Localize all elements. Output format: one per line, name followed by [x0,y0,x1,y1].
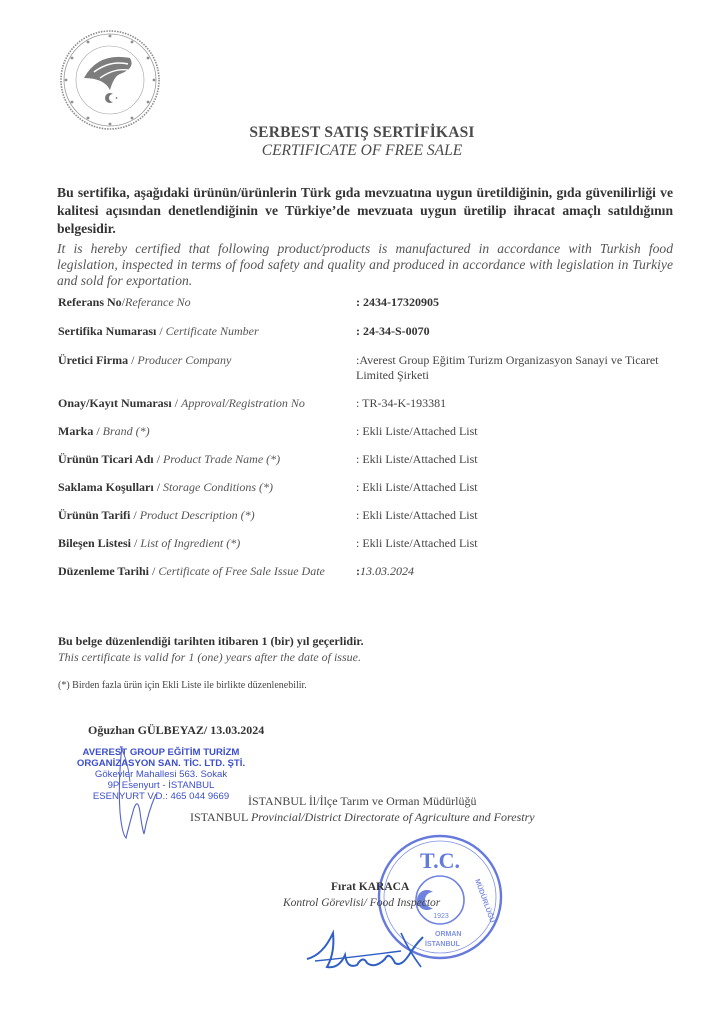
field-label-en: Approval/Registration No [181,396,305,410]
field-label-tr: Üretici Firma [58,353,128,367]
field-label-en: List of Ingredient (*) [140,536,240,550]
svg-text:T.C.: T.C. [420,848,460,873]
svg-text:1923: 1923 [433,913,449,920]
field-value: : TR-34-K-193381 [356,396,678,411]
field-value: : Ekli Liste/Attached List [356,424,678,439]
field-label-tr: Bileşen Listesi [58,536,131,550]
certificate-title-tr: SERBEST SATIŞ SERTİFİKASI [0,124,724,142]
field-label-tr: Sertifika Numarası [58,324,156,338]
field-label-tr: Onay/Kayıt Numarası [58,396,172,410]
field-label-en: Certificate Number [166,324,259,338]
field-value: : 24-34-S-0070 [356,324,678,339]
ministry-emblem-icon [58,28,162,132]
inspector-signature-icon [305,925,445,975]
certificate-title-en: CERTIFICATE OF FREE SALE [0,142,724,160]
inspector-role: Kontrol Görevlisi/ Food Inspector [283,897,440,909]
field-label-en: Certificate of Free Sale Issue Date [158,564,325,578]
field-separator: / [154,452,163,466]
field-separator: / [149,564,158,578]
validity-text-en: This certificate is valid for 1 (one) ye… [58,650,361,665]
field-label-tr: Referans No [58,295,122,309]
svg-text:MÜDÜRLÜĞÜ: MÜDÜRLÜĞÜ [473,878,497,924]
field-separator: / [93,424,102,438]
field-label-tr: Ürünün Ticari Adı [58,452,154,466]
issue-date: 13.03.2024 [360,564,414,578]
field-separator: / [154,480,163,494]
field-label-tr: Ürünün Tarifi [58,508,130,522]
field-label-en: Product Description (*) [140,508,255,522]
field-label-en: Producer Company [137,353,231,367]
field-label-tr: Marka [58,424,93,438]
field-value: : Ekli Liste/Attached List [356,480,678,495]
field-separator: / [172,396,181,410]
intro-text-tr: Bu sertifika, aşağıdaki ürünün/ürünlerin… [57,184,673,238]
footnote: (*) Birden fazla ürün için Ekli Liste il… [58,680,307,691]
field-separator: / [131,536,140,550]
field-value: : Ekli Liste/Attached List [356,508,678,523]
field-value: : Ekli Liste/Attached List [356,452,678,467]
inspector-name: Fırat KARACA [331,881,409,893]
field-label-en: Brand (*) [103,424,150,438]
field-separator: / [156,324,165,338]
directorate-name-en: ISTANBUL Provincial/District Directorate… [190,810,535,825]
field-label-en: Referance No [125,295,191,309]
directorate-title-en: Provincial/District Directorate of Agric… [251,810,535,824]
field-value: :Averest Group Eğitim Turizm Organizasyo… [356,353,678,383]
field-label-tr: Saklama Koşulları [58,480,154,494]
applicant-name-date: Oğuzhan GÜLBEYAZ/ 13.03.2024 [88,723,264,738]
field-separator: / [130,508,139,522]
validity-text-tr: Bu belge düzenlendiği tarihten itibaren … [58,634,364,649]
field-label-en: Product Trade Name (*) [163,452,280,466]
directorate-city: ISTANBUL [190,810,248,824]
field-value: :13.03.2024 [356,564,678,579]
field-value: : 2434-17320905 [356,295,678,310]
directorate-name-tr: İSTANBUL İl/İlçe Tarım ve Orman Müdürlüğ… [248,794,477,809]
intro-text-en: It is hereby certified that following pr… [57,241,673,289]
field-value: : Ekli Liste/Attached List [356,536,678,551]
applicant-signature-icon [100,742,180,842]
field-label-en: Storage Conditions (*) [163,480,273,494]
field-label-tr: Düzenleme Tarihi [58,564,149,578]
